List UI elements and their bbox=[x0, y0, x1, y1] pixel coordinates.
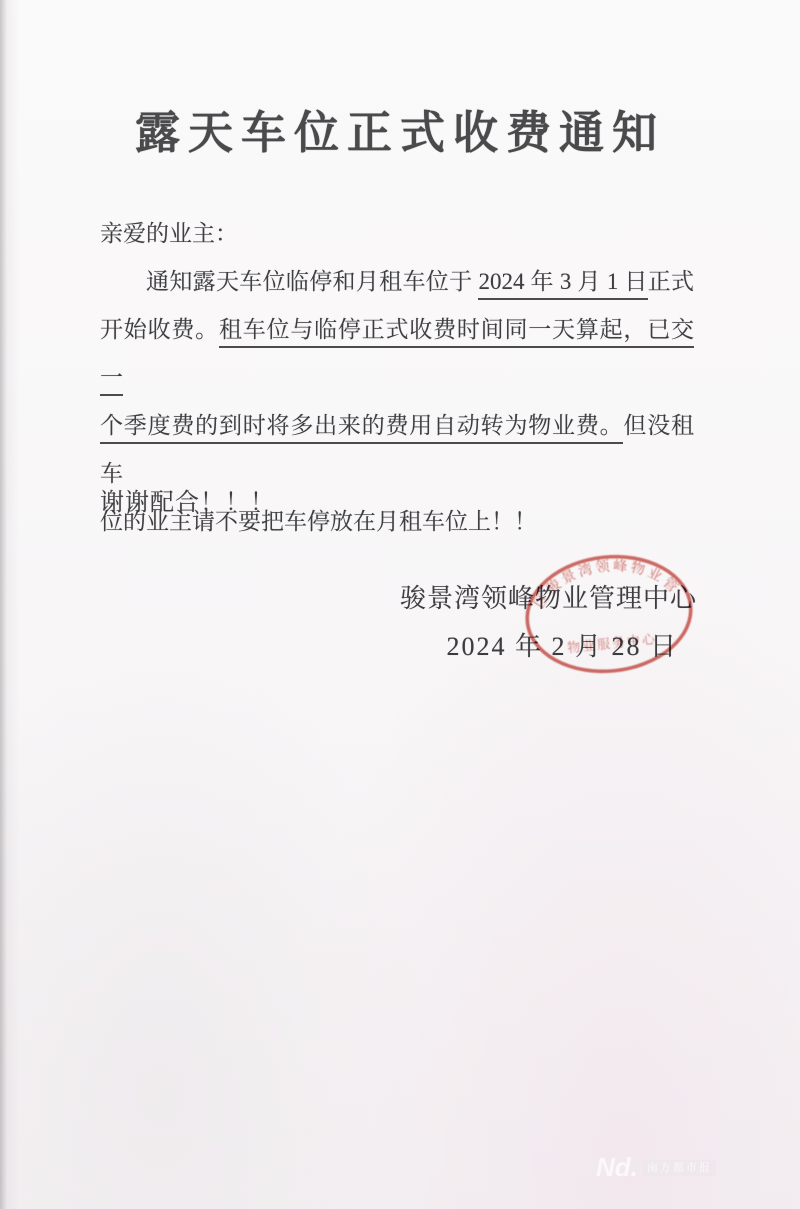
news-watermark: Nd. 南方都市报 bbox=[596, 1152, 716, 1183]
text-segment: 通知露天车位临停和月租车位于 bbox=[146, 269, 478, 294]
paragraph-line: 开始收费。租车位与临停正式收费时间同一天算起，已交一 bbox=[100, 306, 694, 402]
text-segment: 正式 bbox=[648, 269, 694, 294]
closing-thanks: 谢谢配合！！！ bbox=[100, 482, 275, 517]
watermark-label: 南方都市报 bbox=[643, 1160, 716, 1176]
text-segment: 开始收费。 bbox=[100, 317, 219, 342]
nd-logo-icon: Nd. bbox=[596, 1152, 638, 1183]
svg-text:区骏景湾领峰物业管: 区骏景湾领峰物业管 bbox=[527, 550, 683, 612]
seal-arc-text: 区骏景湾领峰物业管 bbox=[527, 550, 683, 612]
official-seal-icon: 区骏景湾领峰物业管 物业服务中心 bbox=[517, 543, 701, 684]
underlined-text: 个季度费的到时将多出来的费用自动转为物业费。 bbox=[100, 413, 623, 444]
salutation: 亲爱的业主： bbox=[100, 210, 694, 258]
seal-center-text: 物业服务中心 bbox=[567, 631, 658, 655]
page-title: 露天车位正式收费通知 bbox=[0, 96, 800, 161]
underlined-date: 2024 年 3 月 1 日 bbox=[478, 269, 647, 300]
paragraph-line: 通知露天车位临停和月租车位于 2024 年 3 月 1 日正式 bbox=[100, 258, 694, 306]
notice-photo-page: 露天车位正式收费通知 亲爱的业主： 通知露天车位临停和月租车位于 2024 年 … bbox=[0, 0, 800, 1209]
